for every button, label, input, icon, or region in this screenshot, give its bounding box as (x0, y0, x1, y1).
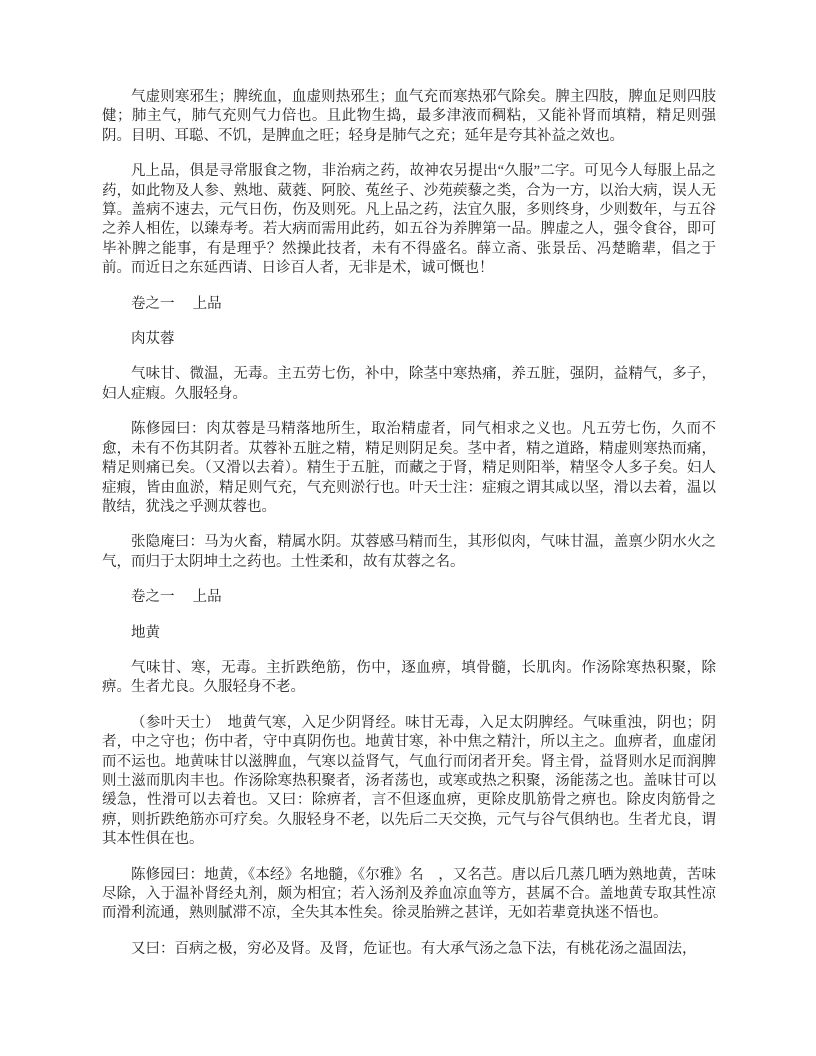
document-paragraph: 陈修园曰：肉苁蓉是马精落地所生，取治精虚者，同气相求之义也。凡五劳七伤，久而不愈… (102, 420, 716, 517)
document-paragraph: 气虚则寒邪生；脾统血，血虚则热邪生；血气充而寒热邪气除矣。脾主四肢，脾血足则四肢… (102, 88, 716, 146)
document-paragraph: 凡上品，俱是寻常服食之物，非治病之药，故神农另提出“久服”二字。可见今人每服上品… (102, 162, 716, 278)
drug-heading-roucongrong: 肉苁蓉 (102, 330, 716, 349)
document-text-block: 气虚则寒邪生；脾统血，血虚则热邪生；血气充而寒热邪气除矣。脾主四肢，脾血足则四肢… (102, 88, 716, 959)
document-paragraph: 陈修园曰：地黄，《本经》名地髓，《尔雅》名 ，又名芑。唐以后几蒸几晒为熟地黄，苦… (102, 866, 716, 924)
section-heading: 卷之一 上品 (102, 295, 716, 314)
document-paragraph: 气味甘、寒，无毒。主折跌绝筋，伤中，逐血痹，填骨髓，长肌肉。作汤除寒热积聚，除痹… (102, 659, 716, 698)
section-heading: 卷之一 上品 (102, 588, 716, 607)
document-paragraph: （参叶天士） 地黄气寒，入足少阴肾经。味甘无毒，入足太阴脾经。气味重浊，阴也；阴… (102, 714, 716, 850)
document-paragraph: 张隐庵曰：马为火畜，精属水阴。苁蓉感马精而生，其形似肉，气味甘温，盖禀少阴水火之… (102, 533, 716, 572)
document-paragraph: 气味甘、微温，无毒。主五劳七伤，补中，除茎中寒热痛，养五脏，强阴，益精气，多子，… (102, 365, 716, 404)
document-paragraph: 又曰：百病之极，穷必及肾。及肾，危证也。有大承气汤之急下法，有桃花汤之温固法， (102, 940, 716, 959)
drug-heading-dihuang: 地黄 (102, 624, 716, 643)
document-page: 气虚则寒邪生；脾统血，血虚则热邪生；血气充而寒热邪气除矣。脾主四肢，脾血足则四肢… (0, 0, 816, 1056)
